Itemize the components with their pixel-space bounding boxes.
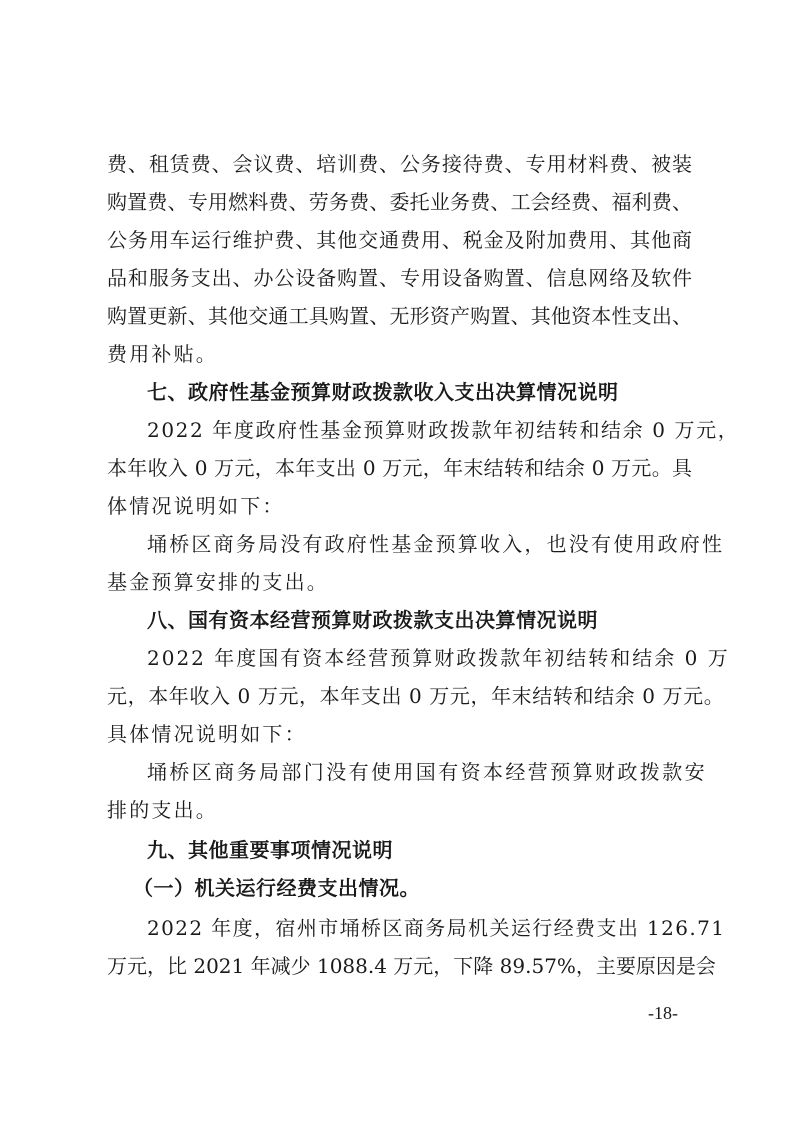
section-8-paragraph-line: 元，本年收入 0 万元，本年支出 0 万元，年末结转和结余 0 万元。 [107, 684, 692, 708]
section-9-paragraph-line: 2022 年度，宿州市埇桥区商务局机关运行经费支出 126.71 [147, 916, 692, 940]
body-text-line: 购置费、专用燃料费、劳务费、委托业务费、工会经费、福利费、 [107, 190, 692, 214]
section-7-paragraph-line: 基金预算安排的支出。 [107, 570, 692, 594]
section-8-paragraph-line: 埇桥区商务局部门没有使用国有资本经营预算财政拨款安 [147, 760, 692, 784]
section-9-paragraph-line: 万元，比 2021 年减少 1088.4 万元，下降 89.57%，主要原因是会 [107, 954, 692, 978]
body-text-line: 购置更新、其他交通工具购置、无形资产购置、其他资本性支出、 [107, 304, 692, 328]
section-8-paragraph-line: 2022 年度国有资本经营预算财政拨款年初结转和结余 0 万 [147, 646, 692, 670]
body-text-line: 公务用车运行维护费、其他交通费用、税金及附加费用、其他商 [107, 228, 692, 252]
section-7-paragraph-line: 本年收入 0 万元，本年支出 0 万元，年末结转和结余 0 万元。具 [107, 456, 692, 480]
section-7-paragraph-line: 埇桥区商务局没有政府性基金预算收入，也没有使用政府性 [147, 532, 692, 556]
page-number: -18- [648, 1003, 678, 1024]
section-8-heading: 八、国有资本经营预算财政拨款支出决算情况说明 [147, 608, 732, 632]
section-7-heading: 七、政府性基金预算财政拨款收入支出决算情况说明 [147, 380, 732, 404]
section-8-paragraph-line: 排的支出。 [107, 798, 692, 822]
body-text-line: 费、租赁费、会议费、培训费、公务接待费、专用材料费、被装 [107, 152, 692, 176]
section-7-paragraph-line: 2022 年度政府性基金预算财政拨款年初结转和结余 0 万元， [147, 418, 692, 442]
section-9-subheading: （一）机关运行经费支出情况。 [133, 876, 718, 900]
body-text-line: 费用补贴。 [107, 342, 692, 366]
section-7-paragraph-line: 体情况说明如下： [107, 494, 692, 518]
body-text-line: 品和服务支出、办公设备购置、专用设备购置、信息网络及软件 [107, 266, 692, 290]
section-9-heading: 九、其他重要事项情况说明 [147, 838, 732, 862]
section-8-paragraph-line: 具体情况说明如下： [107, 722, 692, 746]
